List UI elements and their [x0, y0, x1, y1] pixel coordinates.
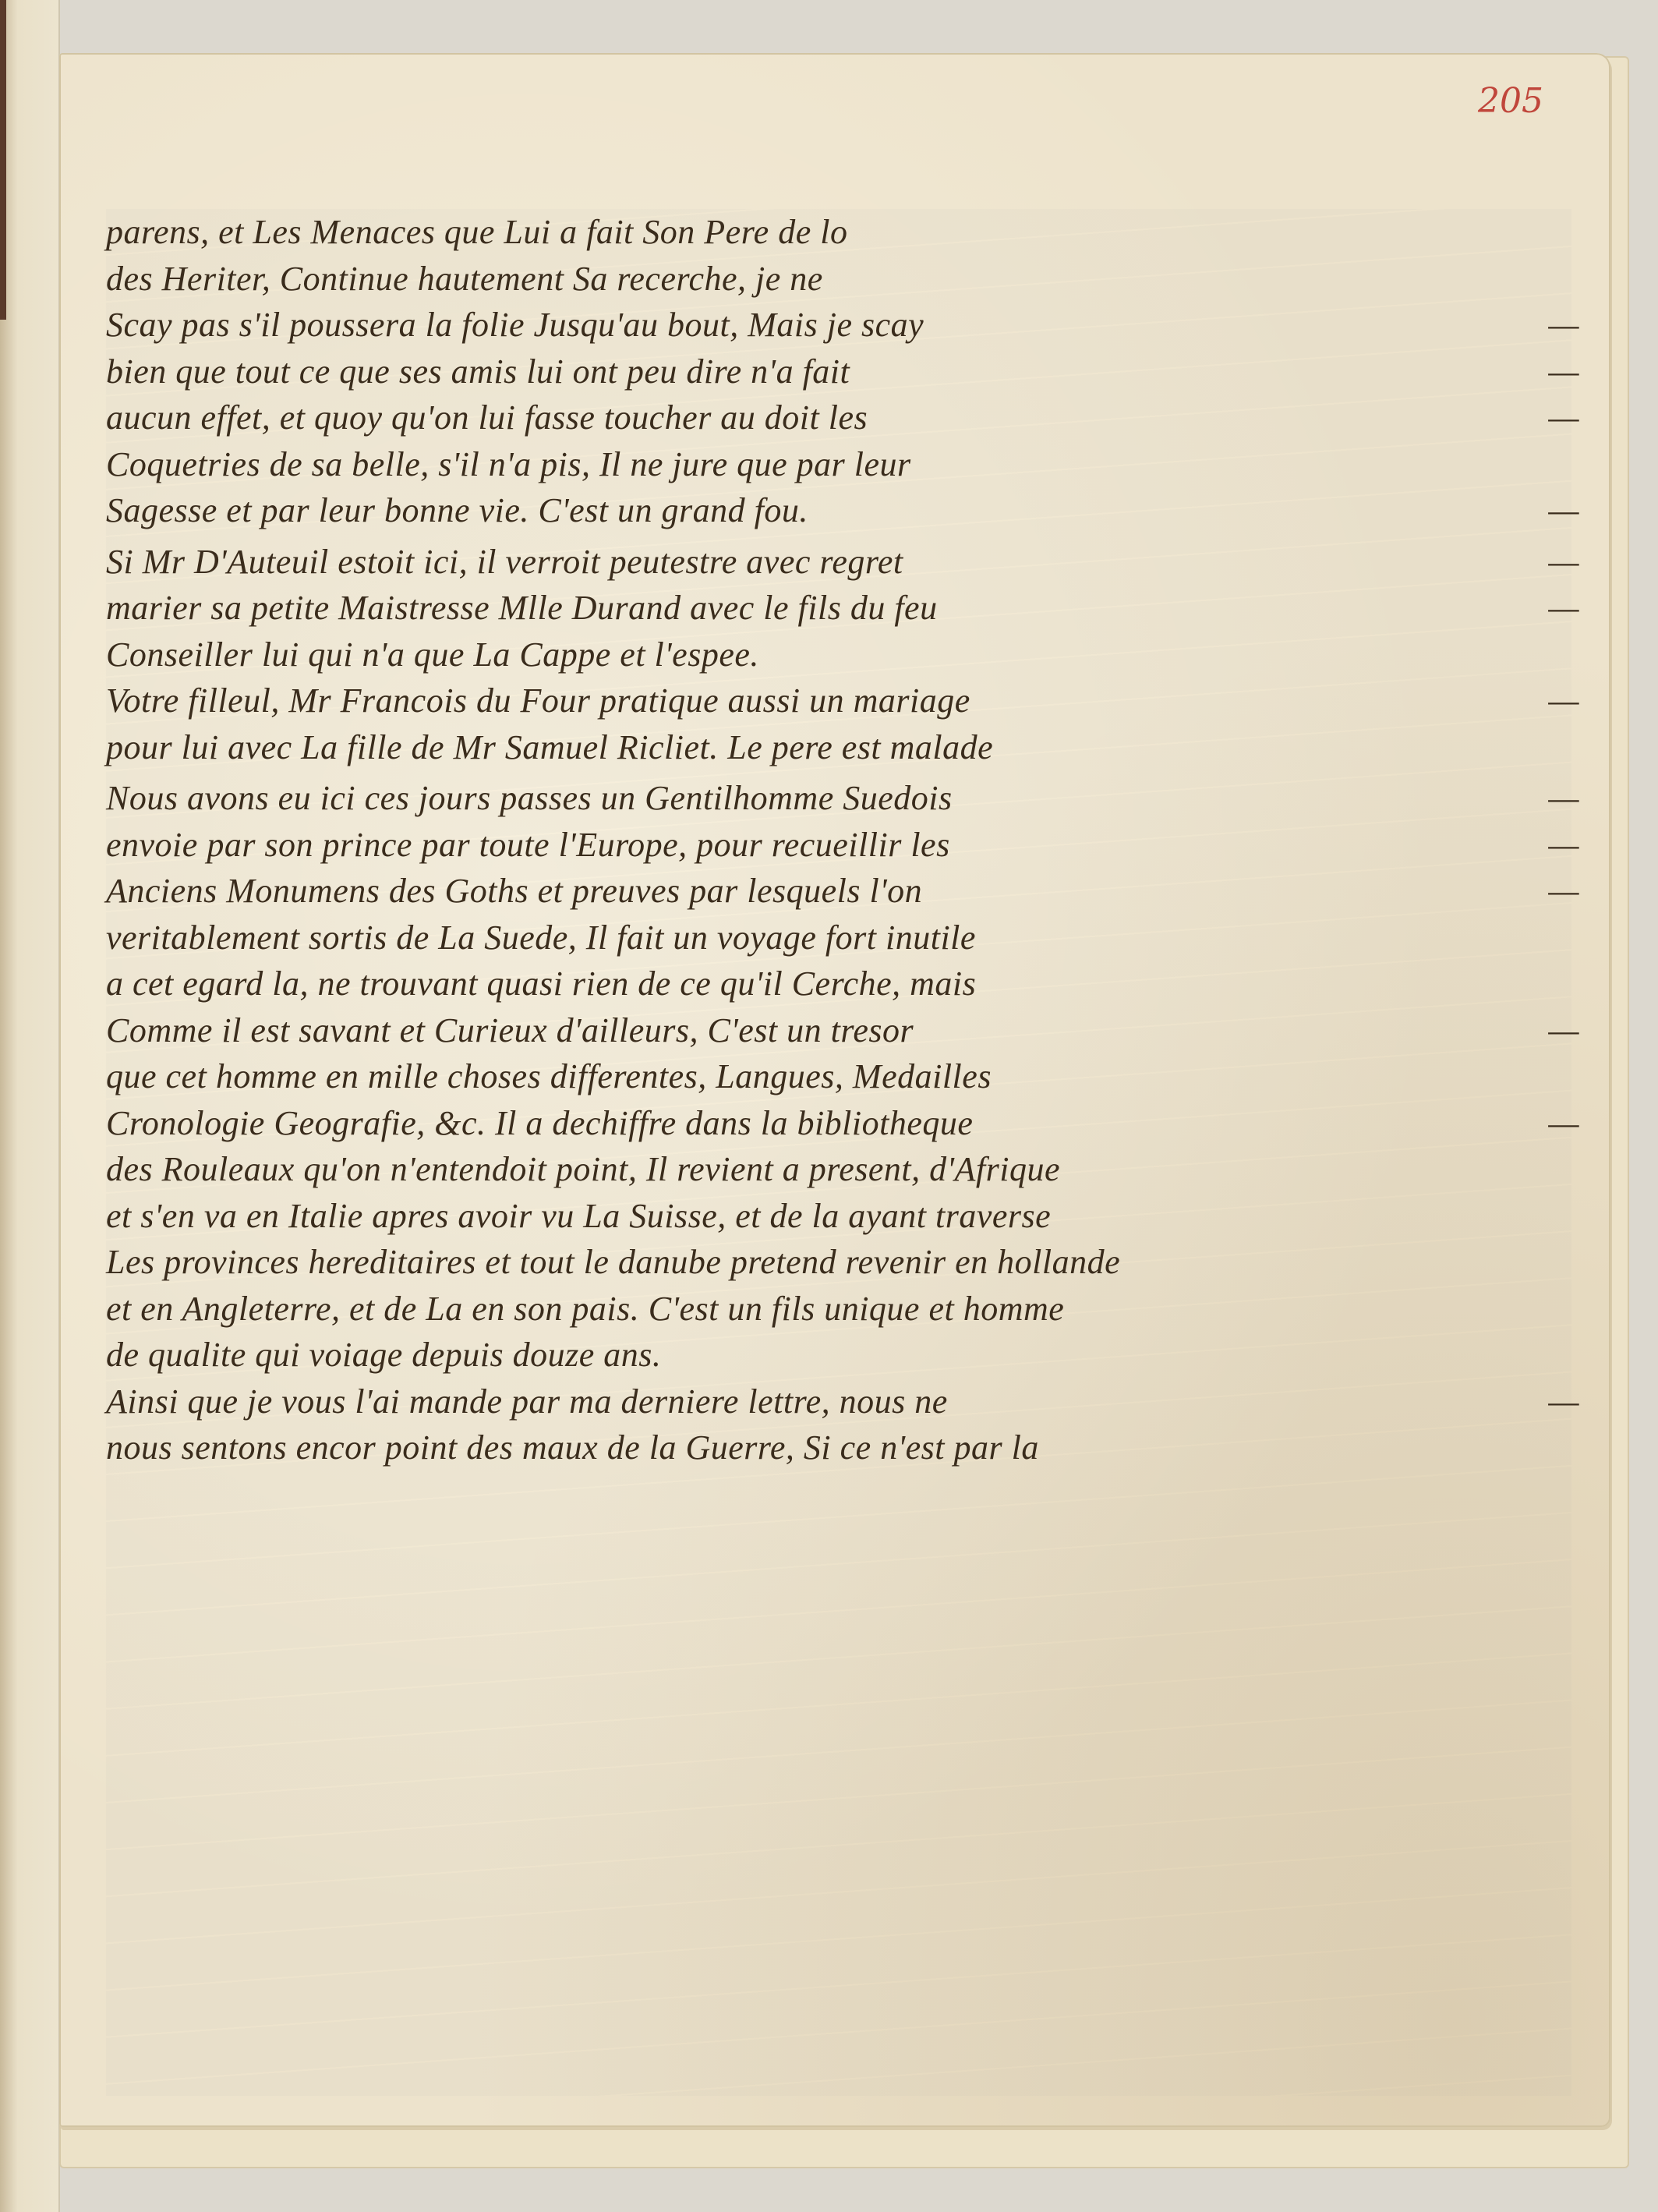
- manuscript-line: Cronologie Geografie, &c. Il a dechiffre…: [106, 1100, 1571, 1147]
- manuscript-line: Votre filleul, Mr Francois du Four prati…: [106, 678, 1571, 724]
- line-text: pour lui avec La fille de Mr Samuel Ricl…: [106, 728, 993, 766]
- line-text: Si Mr D'Auteuil estoit ici, il verroit p…: [106, 543, 903, 581]
- line-text: et en Angleterre, et de La en son pais. …: [106, 1290, 1064, 1328]
- line-filler-dash: —: [1548, 678, 1579, 724]
- line-filler-dash: —: [1548, 868, 1579, 915]
- line-text: nous sentons encor point des maux de la …: [106, 1428, 1039, 1467]
- line-filler-dash: —: [1548, 1100, 1579, 1147]
- manuscript-line: Nous avons eu ici ces jours passes un Ge…: [106, 775, 1571, 822]
- line-text: Ainsi que je vous l'ai mande par ma dern…: [106, 1382, 948, 1421]
- manuscript-line: aucun effet, et quoy qu'on lui fasse tou…: [106, 395, 1571, 441]
- line-text: et s'en va en Italie apres avoir vu La S…: [106, 1197, 1051, 1235]
- line-text: Scay pas s'il poussera la folie Jusqu'au…: [106, 306, 924, 344]
- line-filler-dash: —: [1548, 487, 1579, 534]
- adjacent-page-edge: [0, 0, 60, 2212]
- line-text: que cet homme en mille choses differente…: [106, 1057, 992, 1095]
- manuscript-line: pour lui avec La fille de Mr Samuel Ricl…: [106, 724, 1571, 771]
- manuscript-line: de qualite qui voiage depuis douze ans.: [106, 1332, 1571, 1379]
- line-filler-dash: —: [1548, 822, 1579, 869]
- line-filler-dash: —: [1548, 1007, 1579, 1054]
- manuscript-line: Sagesse et par leur bonne vie. C'est un …: [106, 487, 1571, 534]
- line-filler-dash: —: [1548, 1379, 1579, 1425]
- line-text: veritablement sortis de La Suede, Il fai…: [106, 918, 976, 957]
- manuscript-line: Coquetries de sa belle, s'il n'a pis, Il…: [106, 441, 1571, 488]
- line-text: des Rouleaux qu'on n'entendoit point, Il…: [106, 1150, 1060, 1188]
- line-filler-dash: —: [1548, 539, 1579, 586]
- line-filler-dash: —: [1548, 585, 1579, 632]
- line-text: Anciens Monumens des Goths et preuves pa…: [106, 872, 922, 910]
- line-filler-dash: —: [1548, 775, 1579, 822]
- line-text: Nous avons eu ici ces jours passes un Ge…: [106, 779, 953, 817]
- line-text: Comme il est savant et Curieux d'ailleur…: [106, 1011, 914, 1049]
- folio-number: 205: [1478, 81, 1543, 121]
- manuscript-line: et en Angleterre, et de La en son pais. …: [106, 1286, 1571, 1333]
- manuscript-line: Conseiller lui qui n'a que La Cappe et l…: [106, 632, 1571, 678]
- manuscript-line: bien que tout ce que ses amis lui ont pe…: [106, 349, 1571, 395]
- line-text: de qualite qui voiage depuis douze ans.: [106, 1336, 661, 1374]
- line-filler-dash: —: [1548, 349, 1579, 395]
- manuscript-line: veritablement sortis de La Suede, Il fai…: [106, 915, 1571, 961]
- manuscript-line: marier sa petite Maistresse Mlle Durand …: [106, 585, 1571, 632]
- line-text: parens, et Les Menaces que Lui a fait So…: [106, 213, 847, 251]
- line-text: Votre filleul, Mr Francois du Four prati…: [106, 681, 970, 720]
- manuscript-line: envoie par son prince par toute l'Europe…: [106, 822, 1571, 869]
- manuscript-line: parens, et Les Menaces que Lui a fait So…: [106, 209, 1571, 256]
- line-text: aucun effet, et quoy qu'on lui fasse tou…: [106, 398, 868, 437]
- line-filler-dash: —: [1548, 302, 1579, 349]
- manuscript-line: Les provinces hereditaires et tout le da…: [106, 1239, 1571, 1286]
- line-text: Cronologie Geografie, &c. Il a dechiffre…: [106, 1104, 973, 1142]
- manuscript-line: Ainsi que je vous l'ai mande par ma dern…: [106, 1379, 1571, 1425]
- manuscript-line: Si Mr D'Auteuil estoit ici, il verroit p…: [106, 539, 1571, 586]
- manuscript-line: Scay pas s'il poussera la folie Jusqu'au…: [106, 302, 1571, 349]
- line-text: envoie par son prince par toute l'Europe…: [106, 826, 950, 864]
- manuscript-line: des Rouleaux qu'on n'entendoit point, Il…: [106, 1146, 1571, 1193]
- binding-spine: [0, 0, 6, 320]
- manuscript-page: 205 parens, et Les Menaces que Lui a fai…: [59, 53, 1610, 2127]
- line-text: bien que tout ce que ses amis lui ont pe…: [106, 352, 850, 391]
- manuscript-line: que cet homme en mille choses differente…: [106, 1053, 1571, 1100]
- line-text: Les provinces hereditaires et tout le da…: [106, 1243, 1120, 1281]
- line-text: marier sa petite Maistresse Mlle Durand …: [106, 589, 938, 627]
- manuscript-line: des Heriter, Continue hautement Sa recer…: [106, 256, 1571, 303]
- manuscript-line: et s'en va en Italie apres avoir vu La S…: [106, 1193, 1571, 1240]
- manuscript-line: nous sentons encor point des maux de la …: [106, 1425, 1571, 1471]
- handwritten-text-block: parens, et Les Menaces que Lui a fait So…: [106, 209, 1571, 1471]
- line-filler-dash: —: [1548, 395, 1579, 441]
- manuscript-line: a cet egard la, ne trouvant quasi rien d…: [106, 961, 1571, 1007]
- line-text: Conseiller lui qui n'a que La Cappe et l…: [106, 635, 759, 674]
- line-text: des Heriter, Continue hautement Sa recer…: [106, 260, 823, 298]
- line-text: Sagesse et par leur bonne vie. C'est un …: [106, 491, 808, 529]
- manuscript-line: Anciens Monumens des Goths et preuves pa…: [106, 868, 1571, 915]
- line-text: Coquetries de sa belle, s'il n'a pis, Il…: [106, 445, 911, 483]
- line-text: a cet egard la, ne trouvant quasi rien d…: [106, 964, 976, 1003]
- manuscript-line: Comme il est savant et Curieux d'ailleur…: [106, 1007, 1571, 1054]
